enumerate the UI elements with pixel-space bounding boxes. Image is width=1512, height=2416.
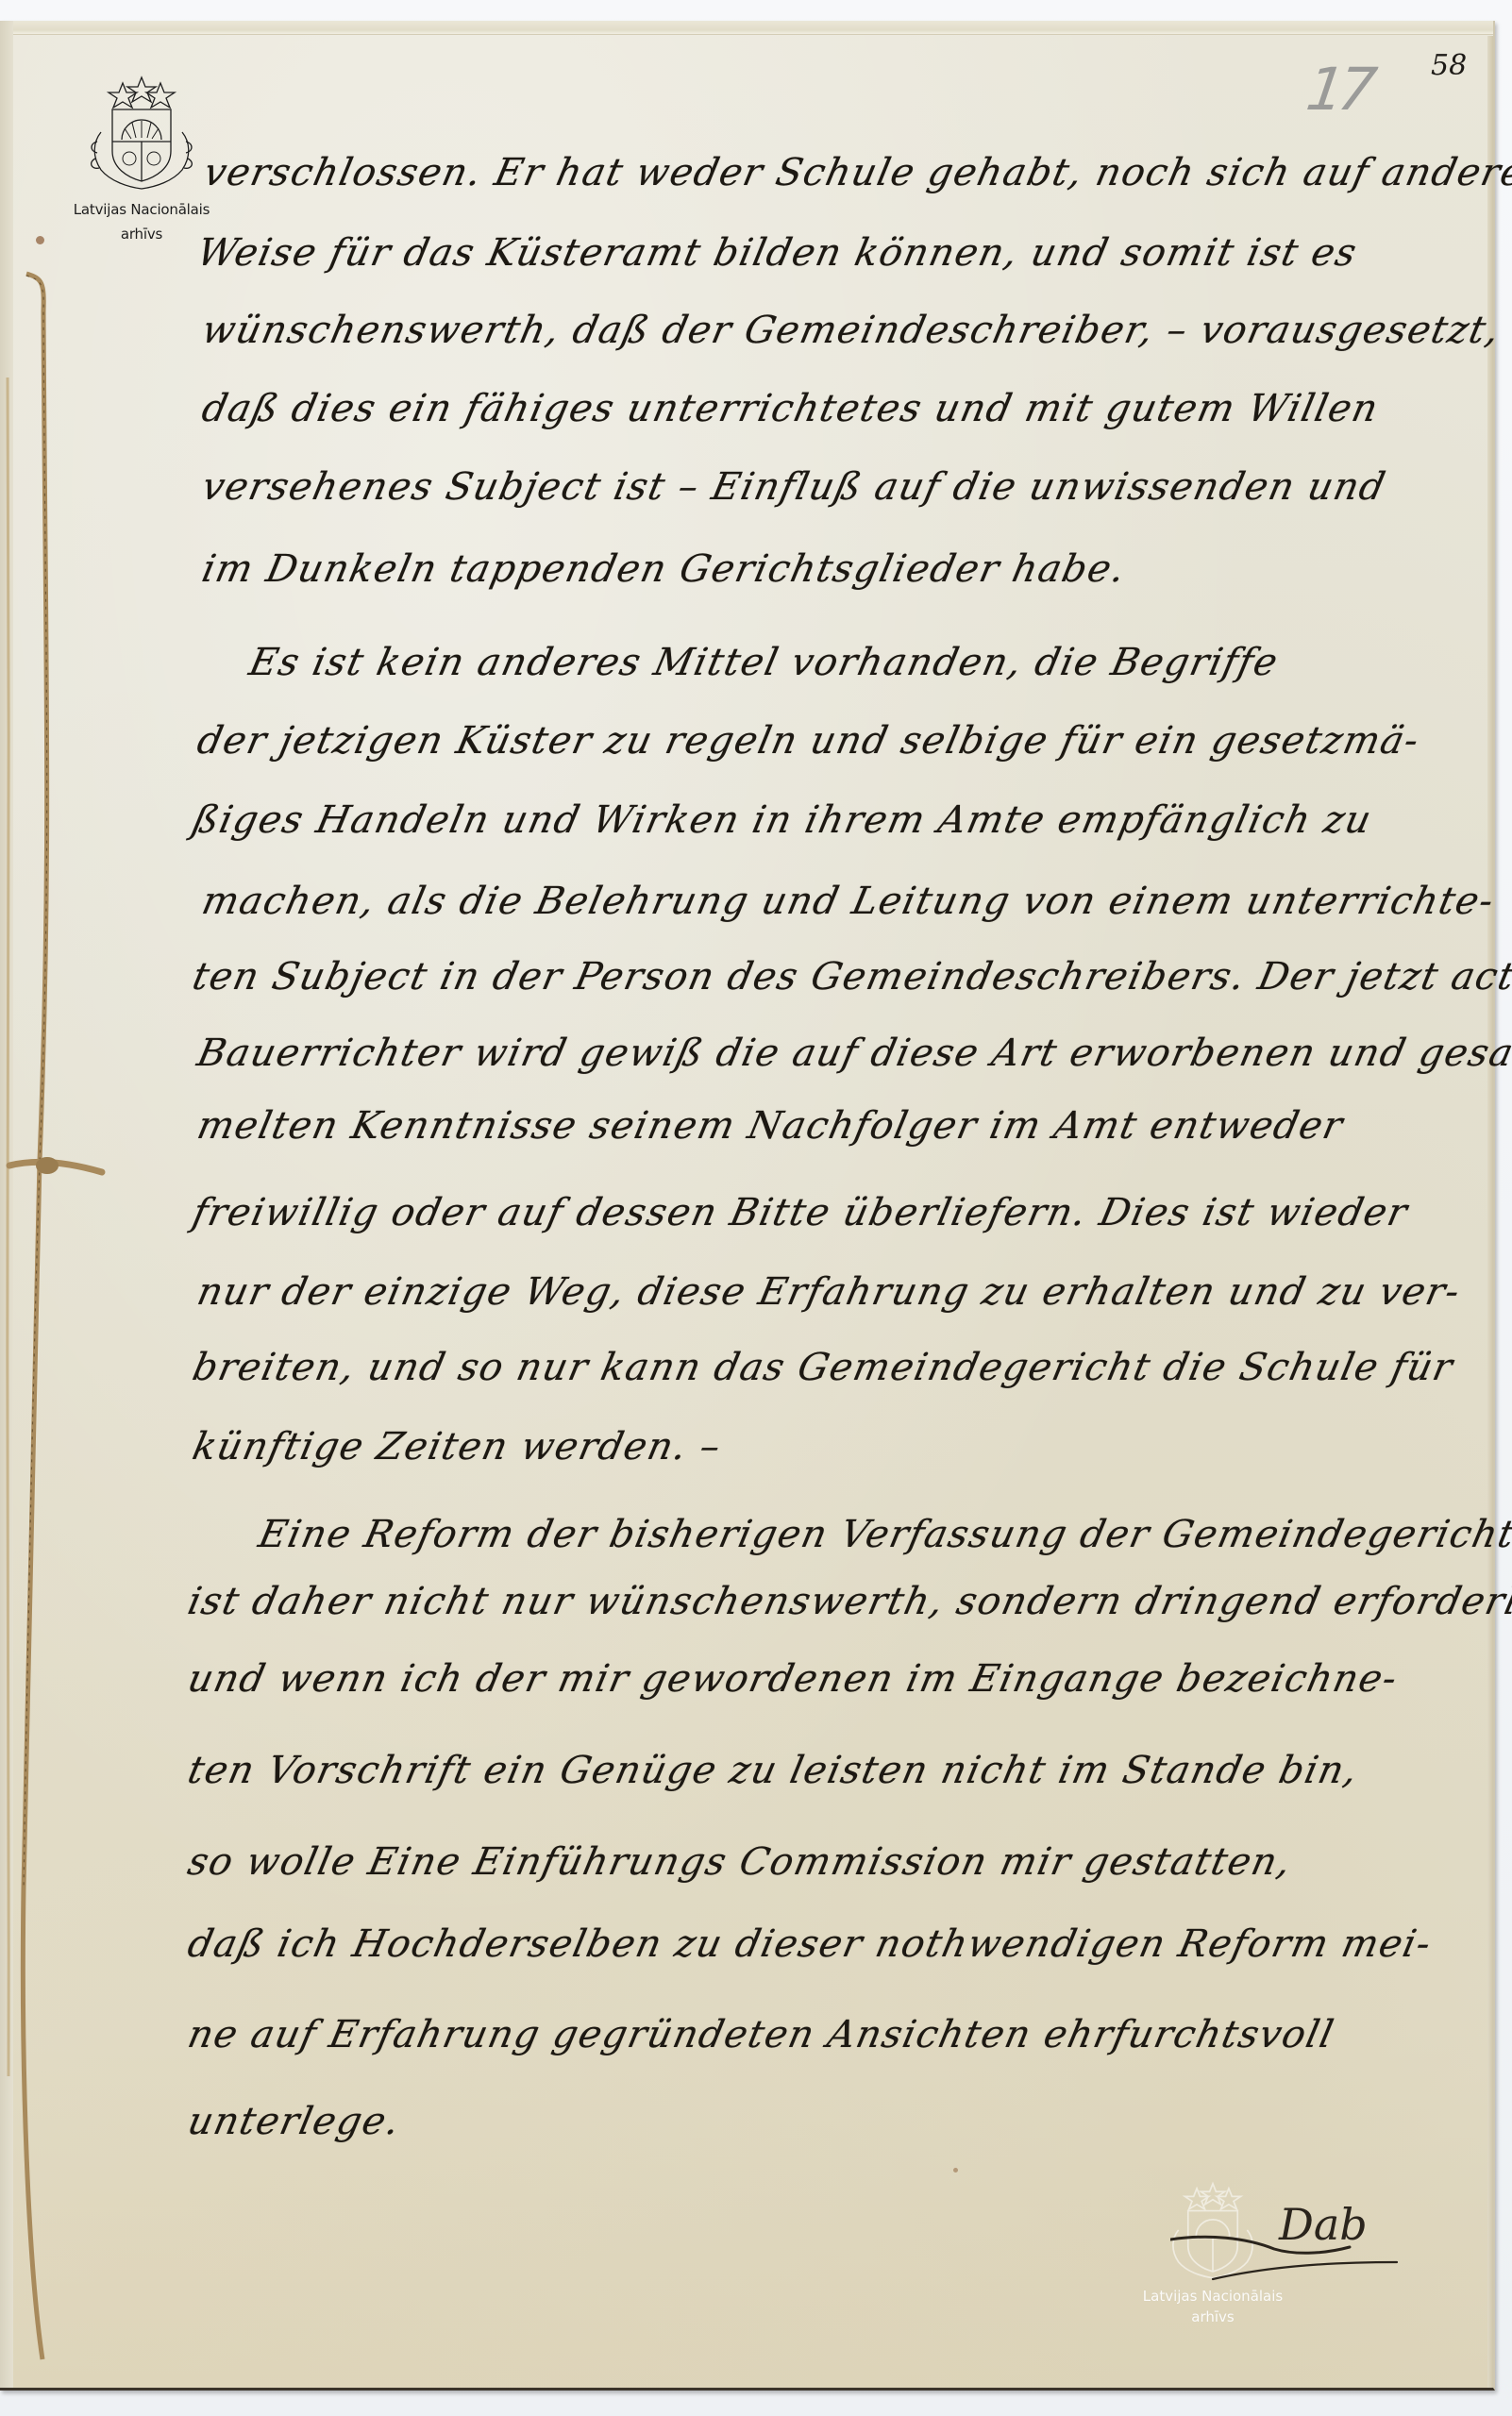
manuscript-line-7: Es ist kein anderes Mittel vorhanden, di…	[245, 641, 1283, 684]
manuscript-line-24: ne auf Erfahrung gegründeten Ansichten e…	[184, 2013, 1338, 2056]
coat-of-arms-icon	[80, 75, 203, 193]
manuscript-line-8: der jetzigen Küster zu regeln und selbig…	[193, 719, 1423, 763]
manuscript-line-22: so wolle Eine Einführungs Commission mir…	[184, 1840, 1296, 1884]
manuscript-line-10: machen, als die Belehrung und Leitung vo…	[198, 880, 1499, 923]
manuscript-line-3: wünschenswerth, daß der Gemeindeschreibe…	[198, 309, 1504, 352]
manuscript-line-5: versehenes Subject ist – Einfluß auf die…	[198, 465, 1390, 509]
paper-top-fold	[0, 21, 1493, 35]
ink-stain	[953, 2168, 958, 2173]
paper-left-gutter	[0, 21, 13, 2388]
manuscript-line-17: künftige Zeiten werden. –	[189, 1425, 726, 1468]
signature: Dab	[1279, 2199, 1368, 2250]
manuscript-line-12: Bauerrichter wird gewiß die auf diese Ar…	[193, 1032, 1512, 1075]
manuscript-line-14: freiwillig oder auf dessen Bitte überlie…	[189, 1191, 1412, 1234]
archive-name-line1: Latvijas Nacionālais	[47, 201, 236, 218]
manuscript-line-4: daß dies ein fähiges unterrichtetes und …	[198, 387, 1383, 430]
manuscript-line-20: und wenn ich der mir gewordenen im Einga…	[184, 1657, 1402, 1701]
manuscript-line-25: unterlege.	[184, 2100, 405, 2143]
manuscript-line-9: ßiges Handeln und Wirken in ihrem Amte e…	[189, 798, 1376, 842]
manuscript-line-11: ten Subject in der Person des Gemeindesc…	[189, 955, 1512, 998]
folio-number-pencil: 17	[1302, 55, 1375, 124]
manuscript-line-6: im Dunkeln tappenden Gerichtsglieder hab…	[198, 547, 1130, 591]
ink-stain	[36, 236, 44, 244]
manuscript-line-16: breiten, und so nur kann das Gemeindeger…	[189, 1346, 1457, 1389]
folio-number-ink: 58	[1431, 49, 1467, 82]
manuscript-line-13: melten Kenntnisse seinem Nachfolger im A…	[193, 1104, 1348, 1148]
manuscript-line-15: nur der einzige Weg, diese Erfahrung zu …	[193, 1270, 1465, 1314]
manuscript-line-19: ist daher nicht nur wünschenswerth, sond…	[184, 1580, 1512, 1623]
watermark-name-line2: arhīvs	[1114, 2308, 1312, 2325]
manuscript-line-2: Weise für das Küsteramt bilden können, u…	[193, 231, 1361, 275]
manuscript-line-1: verschlossen. Er hat weder Schule gehabt…	[200, 151, 1512, 194]
manuscript-line-23: daß ich Hochderselben zu dieser nothwend…	[184, 1922, 1436, 1966]
manuscript-line-21: ten Vorschrift ein Genüge zu leisten nic…	[184, 1749, 1363, 1792]
manuscript-line-18: Eine Reform der bisherigen Verfassung de…	[255, 1513, 1512, 1556]
paper-right-edge	[1487, 36, 1493, 2388]
